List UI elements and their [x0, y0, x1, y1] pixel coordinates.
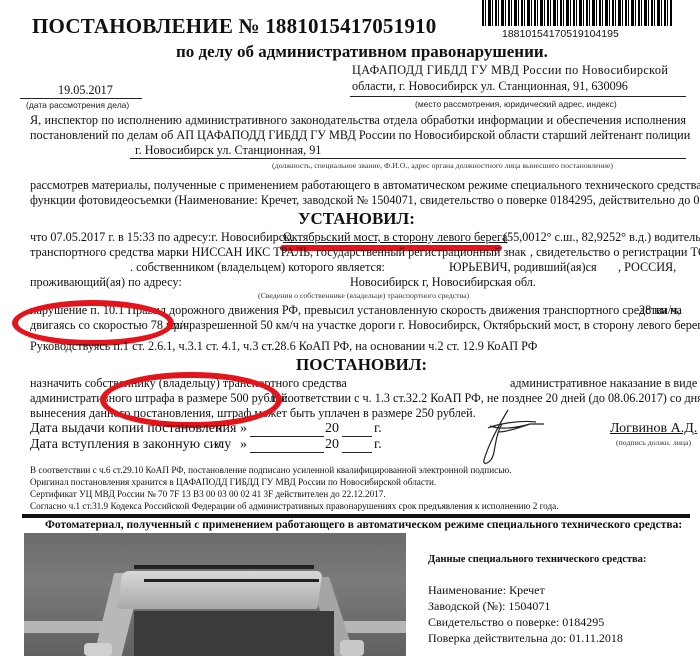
established-line4a: проживающий(ая) по адресу:: [30, 275, 182, 290]
inspector-line3: г. Новосибирск ул. Станционная, 91: [135, 143, 321, 158]
note-4: Согласно ч.1 ст.31.9 Кодекса Российской …: [30, 500, 559, 512]
document-title: ПОСТАНОВЛЕНИЕ № 1881015417051910: [32, 14, 436, 39]
note-2: Оригинал постановления хранится в ЦАФАПО…: [30, 476, 436, 488]
copy-issued-month-field[interactable]: [250, 436, 324, 437]
materials-line1: рассмотрев материалы, полученные с приме…: [30, 178, 700, 193]
signature-caption: (подпись должн. лица): [616, 438, 691, 447]
established-line4b: Новосибирск г, Новосибирская обл.: [350, 275, 536, 290]
effective-year-suffix: г.: [374, 437, 382, 453]
copy-issued-year-field[interactable]: [342, 436, 372, 437]
inspector-caption: (должность, специальное звание, Ф.И.О., …: [272, 161, 613, 170]
signature-icon: [468, 406, 548, 466]
established-coordinates: (55,0012° с.ш., 82,9252° в.д.) водитель: [503, 230, 700, 245]
inspector-line1: Я, инспектор по исполнению административ…: [30, 113, 686, 128]
official-name: Логвинов А.Д.: [610, 421, 697, 437]
note-1: В соответствии с ч.6 ст.29.10 КоАП РФ, п…: [30, 464, 512, 476]
device-name: Наименование: Кречет: [428, 583, 545, 598]
established-line2b: , свидетельство о регистрации ТС: [530, 245, 700, 260]
document-subtitle: по делу об административном правонарушен…: [176, 42, 548, 62]
device-valid-until: Поверка действительна до: 01.11.2018: [428, 631, 623, 646]
established-line3c: , РОССИЯ,: [618, 260, 676, 275]
inspector-line2: постановлений по делам об АП ЦАФАПОДД ГИ…: [30, 128, 690, 143]
barcode: [482, 0, 672, 26]
place-caption: (место рассмотрения, юридический адрес, …: [415, 99, 617, 109]
established-speed-excess: 28 км/ч,: [639, 303, 680, 318]
resolved-heading: ПОСТАНОВИЛ:: [296, 355, 427, 375]
copy-issued-year-suffix: г.: [374, 421, 382, 437]
established-heading: УСТАНОВИЛ:: [298, 209, 415, 229]
effective-year-prefix: 20: [325, 437, 339, 453]
owner-caption: (Сведения о собственнике (владельце) тра…: [258, 291, 469, 300]
red-circle-fine-annotation: [100, 372, 282, 428]
established-line7: Руководствуясь п.1 ст. 2.6.1, ч.3.1 ст. …: [30, 339, 537, 354]
place-line2: области, г. Новосибирск ул. Станционная,…: [352, 79, 628, 94]
review-date-caption: (дата рассмотрения дела): [26, 100, 129, 110]
copy-issued-open-quote: «: [215, 421, 222, 437]
effective-label: Дата вступления в законную силу: [30, 437, 231, 453]
section-divider: [22, 514, 690, 518]
resolved-line2b: В соответствии с ч. 1.3 ст.32.2 КоАП РФ,…: [271, 391, 700, 406]
established-line3a: . собственником (владельцем) которого яв…: [130, 260, 385, 275]
device-certificate: Свидетельство о поверке: 0184295: [428, 615, 604, 630]
barcode-number: 18810154170519104195: [502, 28, 619, 40]
effective-close-quote: »: [240, 437, 247, 453]
copy-issued-label: Дата выдачи копии постановления: [30, 421, 236, 437]
effective-month-field[interactable]: [250, 452, 324, 453]
materials-line2: функции фотовидеосъемки (Наименование: К…: [30, 193, 700, 208]
established-line2a: транспортного средства марки НИССАН ИКС …: [30, 245, 526, 260]
note-3: Сертификат УЦ МВД России № 70 7F 13 B3 0…: [30, 488, 386, 500]
established-line6b: при разрешенной 50 км/ч на участке дорог…: [167, 318, 700, 333]
effective-year-field[interactable]: [342, 452, 372, 453]
resolved-line1b: административное наказание в виде: [510, 376, 697, 391]
established-location: Октябрьский мост, в сторону левого берег…: [283, 230, 507, 245]
effective-open-quote: «: [215, 437, 222, 453]
copy-issued-close-quote: »: [240, 421, 247, 437]
photo-section-heading: Фотоматериал, полученный с применением р…: [45, 519, 682, 531]
copy-issued-year-prefix: 20: [325, 421, 339, 437]
review-date: 19.05.2017: [58, 83, 113, 98]
established-line3b: ЮРЬЕВИЧ, родивший(ая)ся: [449, 260, 597, 275]
place-line1: ЦАФАПОДД ГИБДД ГУ МВД России по Новосиби…: [352, 63, 668, 78]
established-line1a: что 07.05.2017 г. в 15:33 по адресу:г. Н…: [30, 230, 293, 245]
vehicle-photo: [24, 533, 406, 656]
device-serial: Заводской (№): 1504071: [428, 599, 550, 614]
device-data-heading: Данные специального технического средств…: [428, 554, 646, 565]
